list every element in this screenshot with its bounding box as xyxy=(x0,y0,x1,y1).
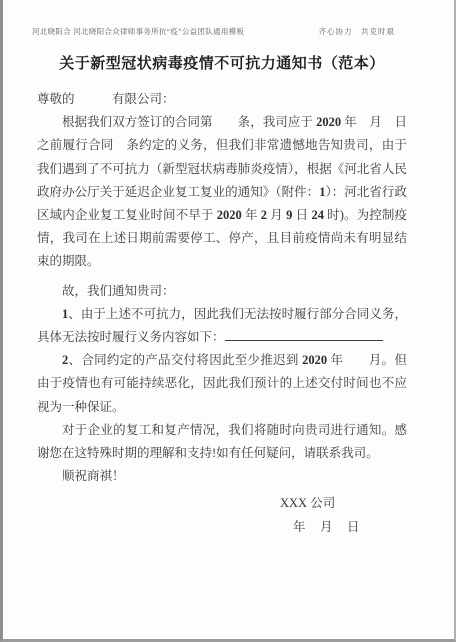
signature-date: 年 月 日 xyxy=(37,516,407,539)
paragraph-closing-notice: 对于企业的复工和复产情况，我们将随时向贵司进行通知。感谢您在这特殊时期的理解和支… xyxy=(37,419,407,465)
header-left-text: 河北晓阳合 河北晓阳合众律师事务所抗“疫”公益团队通用模板 xyxy=(32,26,244,37)
text-segment: 月 xyxy=(267,208,286,222)
text-segment: 顺祝商祺！ xyxy=(62,469,125,483)
document-title: 关于新型冠状病毒疫情不可抗力通知书（范本） xyxy=(37,52,407,73)
text-segment: 根据我们双方签订的合同第 条，我司应于 xyxy=(62,115,316,129)
paragraph-item-2: 2、合同约定的产品交付将因此至少推迟到 2020 年 月。但由于疫情也有可能持续… xyxy=(37,349,407,419)
paragraph-regards: 顺祝商祺！ xyxy=(37,465,407,488)
paragraph-text: 对于企业的复工和复产情况，我们将随时向贵司进行通知。感谢您在这特殊时期的理解和支… xyxy=(37,423,407,460)
bold-number-segment: 2020 xyxy=(302,353,327,367)
salutation: 尊敬的 有限公司： xyxy=(37,88,407,111)
bold-number-segment: 2020 xyxy=(217,208,242,222)
header-right-slogan: 齐心协力 共克时艰 xyxy=(319,26,408,37)
paragraph-text: 根据我们双方签订的合同第 条，我司应于 2020 年 月 日之前履行合同 条约定… xyxy=(37,115,407,268)
text-segment: 、合同约定的产品交付将因此至少推迟到 xyxy=(68,353,302,367)
paragraph-text: 顺祝商祺！ xyxy=(62,469,125,483)
bold-number-segment: 24 xyxy=(311,208,324,222)
signature-company: XXX 公司 xyxy=(37,492,407,515)
paragraph-item-1: 1、由于上述不可抗力，因此我们无法按时履行部分合同义务，具体无法按时履行义务内容… xyxy=(37,303,407,349)
text-segment: 日 xyxy=(292,208,311,222)
paragraph-text: 2、合同约定的产品交付将因此至少推迟到 2020 年 月。但由于疫情也有可能持续… xyxy=(37,353,407,413)
paragraph-contract-basis: 根据我们双方签订的合同第 条，我司应于 2020 年 月 日之前履行合同 条约定… xyxy=(37,111,407,273)
text-segment: 故，我们通知贵司： xyxy=(62,284,175,298)
bold-number-segment: 2020 xyxy=(316,115,341,129)
text-segment: 年 xyxy=(242,208,261,222)
paragraph-text: 故，我们通知贵司： xyxy=(62,284,175,298)
signature-block: XXX 公司 年 月 日 xyxy=(37,492,407,538)
fill-in-blank-line xyxy=(225,328,383,341)
document-page: 河北晓阳合 河北晓阳合众律师事务所抗“疫”公益团队通用模板 齐心协力 共克时艰 … xyxy=(0,0,456,642)
page-header: 河北晓阳合 河北晓阳合众律师事务所抗“疫”公益团队通用模板 齐心协力 共克时艰 xyxy=(32,26,407,37)
paragraph-notice-lead: 故，我们通知贵司： xyxy=(37,280,407,303)
text-segment: 对于企业的复工和复产情况，我们将随时向贵司进行通知。感谢您在这特殊时期的理解和支… xyxy=(37,423,407,460)
